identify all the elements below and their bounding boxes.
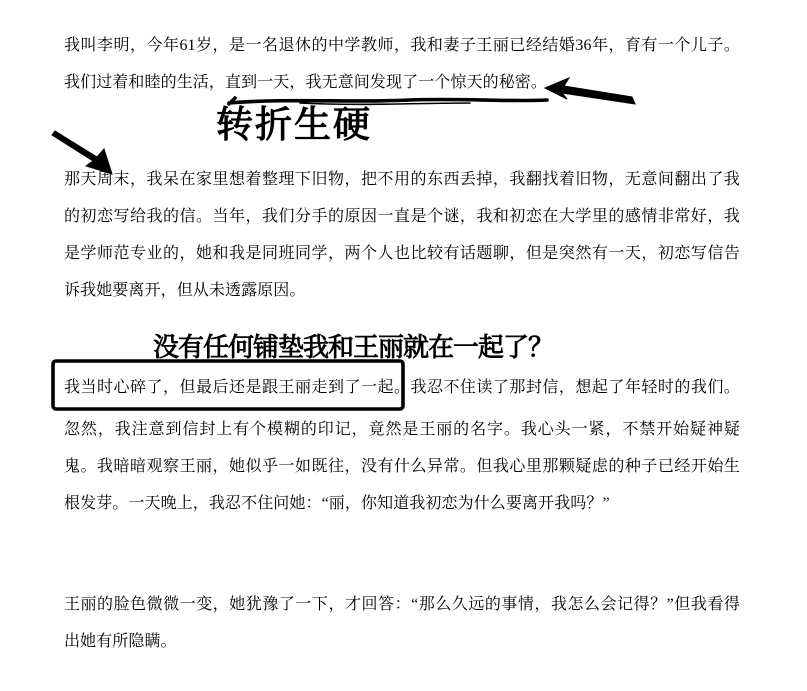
paragraph-line: 我们过着和睦的生活，直到一天，我无意间发现了一个惊天的秘密。 (64, 73, 547, 92)
annotation-heading-no-buildup: 没有任何铺垫我和王丽就在一起了？ (153, 334, 553, 360)
paragraph-line: 忽然，我注意到信封上有个模糊的印记，竟然是王丽的名字。我心头一紧，不禁开始疑神疑 (64, 420, 740, 439)
document-page: 我叫李明，今年61岁，是一名退休的中学教师，我和妻子王丽已经结婚36年，育有一个… (0, 0, 807, 691)
paragraph-line: 是学师范专业的，她和我是同班同学，两个人也比较有话题聊，但是突然有一天，初恋写信… (64, 244, 740, 263)
paragraph-line: 出她有所隐瞒。 (64, 632, 177, 651)
paragraph-line: 那天周末，我呆在家里想着整理下旧物，把不用的东西丢掉，我翻找着旧物，无意间翻出了… (64, 170, 740, 189)
paragraph-line: 鬼。我暗暗观察王丽，她似乎一如既往，没有什么异常。但我心里那颗疑虑的种子已经开始… (64, 457, 740, 476)
paragraph-line: 王丽的脸色微微一变，她犹豫了一下，才回答：“那么久远的事情，我怎么会记得？”但我… (64, 595, 740, 614)
paragraph-line: 我当时心碎了，但最后还是跟王丽走到了一起。我忍不住读了那封信，想起了年轻时的我们… (64, 378, 740, 397)
arrow-left-icon (545, 78, 635, 104)
paragraph-line: 根发芽。一天晚上，我忍不住问她：“丽，你知道我初恋为什么要离开我吗？” (64, 494, 610, 513)
arrow-down-right-icon (52, 131, 112, 174)
paragraph-line: 我叫李明，今年61岁，是一名退休的中学教师，我和妻子王丽已经结婚36年，育有一个… (64, 36, 740, 55)
annotation-heading-transition: 转折生硬 (216, 106, 372, 143)
paragraph-line: 诉我她要离开，但从未透露原因。 (64, 281, 306, 300)
paragraph-line: 的初恋写给我的信。当年，我们分手的原因一直是个谜，我和初恋在大学里的感情非常好，… (64, 207, 740, 226)
